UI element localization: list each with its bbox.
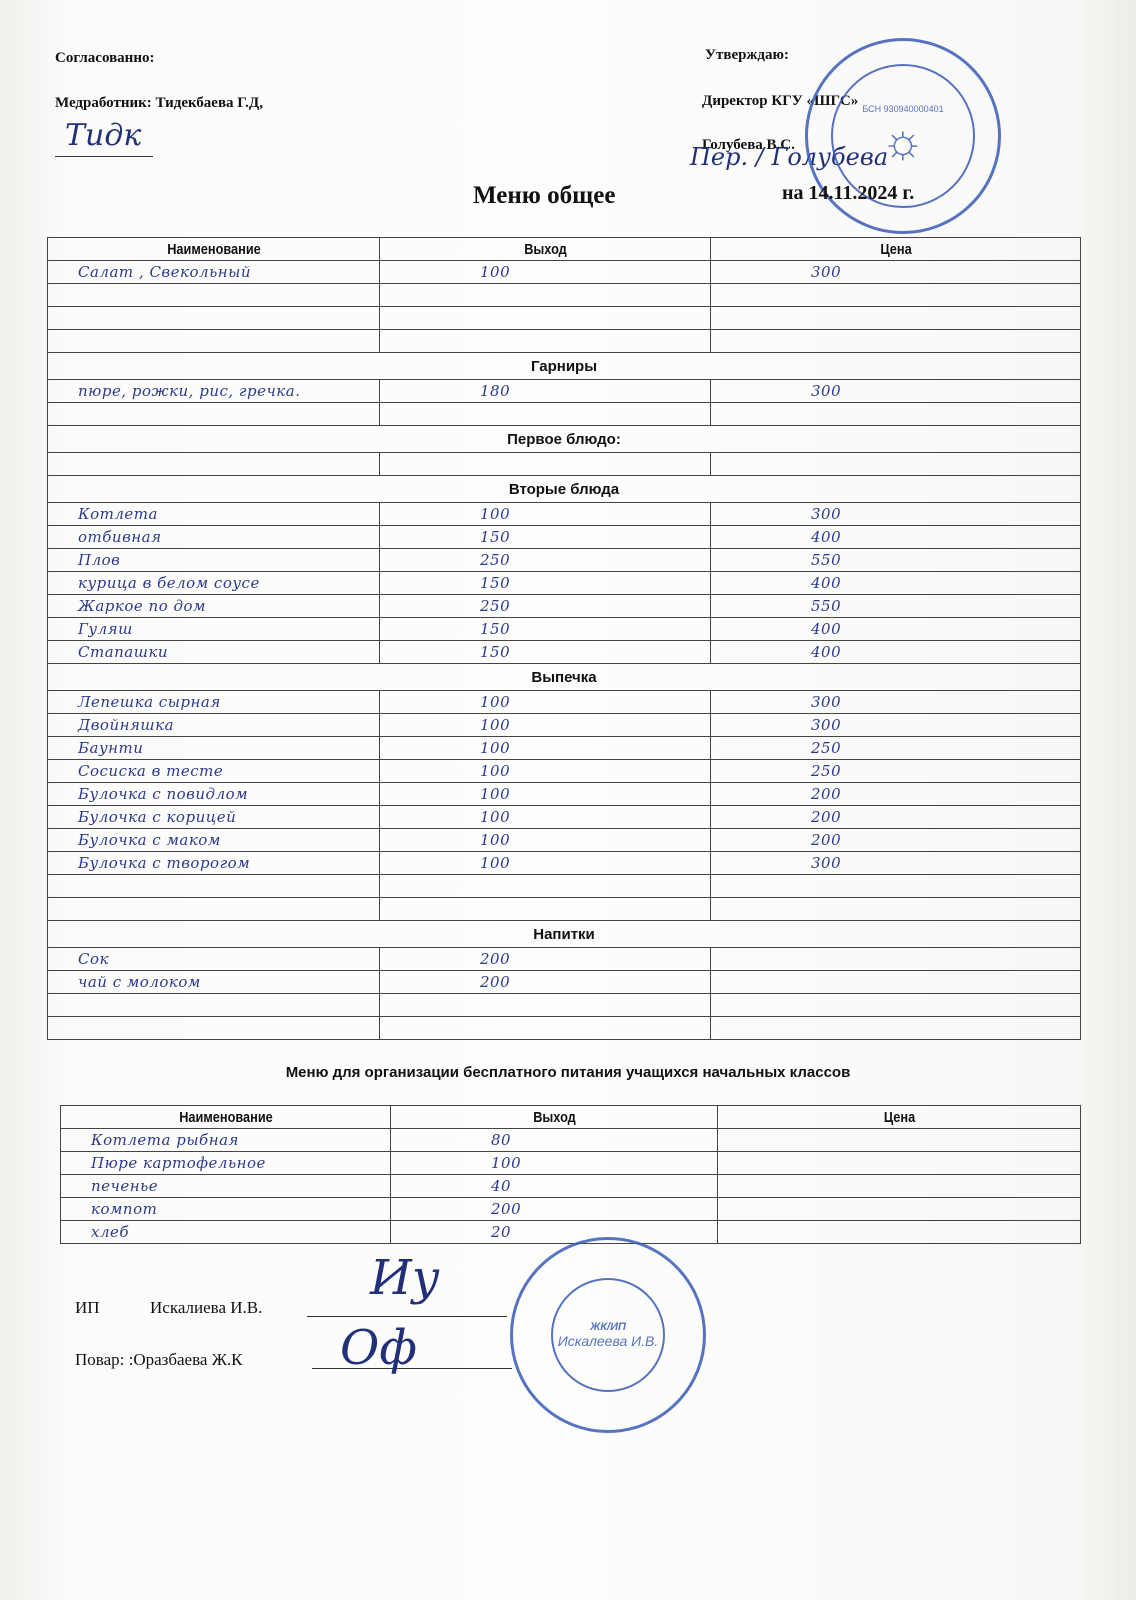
ip-signature-line bbox=[307, 1316, 507, 1317]
cell-yield: 100 bbox=[380, 714, 711, 737]
cell-name: Плов bbox=[48, 549, 380, 572]
table-row bbox=[48, 1017, 1081, 1040]
cell-name: Булочка с корицей bbox=[48, 806, 380, 829]
cell-name: Лепешка сырная bbox=[48, 691, 380, 714]
cell-price bbox=[718, 1198, 1081, 1221]
cell-name bbox=[48, 330, 380, 353]
cell-name: Булочка с творогом bbox=[48, 852, 380, 875]
cell-name: Булочка с маком bbox=[48, 829, 380, 852]
cell-yield bbox=[380, 307, 711, 330]
cell-price: 300 bbox=[711, 503, 1081, 526]
column-header-price: Цена bbox=[738, 238, 1053, 261]
cell-price: 400 bbox=[711, 526, 1081, 549]
table-row: отбивная150400 bbox=[48, 526, 1081, 549]
cell-yield bbox=[380, 284, 711, 307]
cell-yield bbox=[380, 330, 711, 353]
cell-price: 300 bbox=[711, 380, 1081, 403]
cell-yield: 100 bbox=[380, 261, 711, 284]
cell-yield: 250 bbox=[380, 595, 711, 618]
cell-yield: 150 bbox=[380, 572, 711, 595]
table-row bbox=[48, 453, 1081, 476]
stamp-bin: БСН 930940000401 bbox=[862, 104, 943, 114]
cell-name: Котлета bbox=[48, 503, 380, 526]
table-row: Салат , Свекольный100300 bbox=[48, 261, 1081, 284]
cell-price bbox=[718, 1175, 1081, 1198]
table-row: Булочка с творогом100300 bbox=[48, 852, 1081, 875]
cell-yield: 100 bbox=[380, 760, 711, 783]
section-header-row: Вторые блюда bbox=[48, 476, 1081, 503]
table-row bbox=[48, 994, 1081, 1017]
table-row: Плов250550 bbox=[48, 549, 1081, 572]
cell-price bbox=[711, 1017, 1081, 1040]
cell-yield bbox=[380, 403, 711, 426]
table-row: Гуляш150400 bbox=[48, 618, 1081, 641]
cell-name bbox=[48, 403, 380, 426]
ip-signature: Иу bbox=[370, 1250, 440, 1306]
table-row bbox=[48, 898, 1081, 921]
cell-yield: 100 bbox=[380, 691, 711, 714]
cell-name: Салат , Свекольный bbox=[48, 261, 380, 284]
cell-price bbox=[711, 307, 1081, 330]
cell-yield: 200 bbox=[380, 971, 711, 994]
cell-yield: 40 bbox=[391, 1175, 718, 1198]
cell-price bbox=[711, 453, 1081, 476]
cell-yield: 150 bbox=[380, 641, 711, 664]
column-header-name: Наименование bbox=[72, 238, 354, 261]
cell-yield: 100 bbox=[380, 783, 711, 806]
cell-name: Двойняшка bbox=[48, 714, 380, 737]
emblem-icon: ☼ bbox=[881, 114, 925, 169]
section-title: Вторые блюда bbox=[48, 476, 1081, 503]
table-row: компот200 bbox=[61, 1198, 1081, 1221]
cell-price: 400 bbox=[711, 572, 1081, 595]
table-row: Котлета рыбная80 bbox=[61, 1129, 1081, 1152]
table-row: Жаркое по дом250550 bbox=[48, 595, 1081, 618]
cell-yield bbox=[380, 994, 711, 1017]
ip-name: Искалиева И.В. bbox=[150, 1298, 262, 1318]
cell-price bbox=[718, 1129, 1081, 1152]
cell-yield: 100 bbox=[391, 1152, 718, 1175]
cell-yield: 100 bbox=[380, 829, 711, 852]
column-header-yield: Выход bbox=[404, 238, 685, 261]
medic-label: Медработник: Тидекбаева Г.Д, bbox=[55, 95, 263, 112]
cell-name: хлеб bbox=[61, 1221, 391, 1244]
cell-name: отбивная bbox=[48, 526, 380, 549]
cell-price bbox=[711, 330, 1081, 353]
approved-label: Согласованно: bbox=[55, 50, 154, 67]
cell-yield: 100 bbox=[380, 806, 711, 829]
cell-yield: 150 bbox=[380, 618, 711, 641]
cell-price: 300 bbox=[711, 691, 1081, 714]
table-row: Котлета100300 bbox=[48, 503, 1081, 526]
cell-name: Сок bbox=[48, 948, 380, 971]
cell-price bbox=[711, 898, 1081, 921]
section-title: Выпечка bbox=[48, 664, 1081, 691]
cell-price: 400 bbox=[711, 641, 1081, 664]
medic-signature: Тидк bbox=[65, 118, 141, 153]
column-header-yield: Выход bbox=[415, 1106, 693, 1129]
page-title: Меню общее bbox=[473, 182, 615, 210]
cell-yield bbox=[380, 898, 711, 921]
cell-name bbox=[48, 307, 380, 330]
cell-name: Гуляш bbox=[48, 618, 380, 641]
cook-signature: Оф bbox=[340, 1320, 417, 1376]
cell-name: Сосиска в тесте bbox=[48, 760, 380, 783]
section-title: Напитки bbox=[48, 921, 1081, 948]
document-page: Согласованно: Медработник: Тидекбаева Г.… bbox=[0, 0, 1136, 1600]
cell-name: чай с молоком bbox=[48, 971, 380, 994]
cell-price bbox=[711, 994, 1081, 1017]
table-row: Баунти100250 bbox=[48, 737, 1081, 760]
cell-yield: 100 bbox=[380, 503, 711, 526]
table-row: курица в белом соусе150400 bbox=[48, 572, 1081, 595]
column-header-name: Наименование bbox=[85, 1106, 366, 1129]
table-row: Булочка с повидлом100200 bbox=[48, 783, 1081, 806]
table-row bbox=[48, 284, 1081, 307]
menu-date: на 14.11.2024 г. bbox=[782, 182, 914, 205]
cell-price: 300 bbox=[711, 261, 1081, 284]
stamp-ip-label: ЖК/ИП bbox=[590, 1321, 626, 1333]
cell-price: 550 bbox=[711, 595, 1081, 618]
table-row: Пюре картофельное100 bbox=[61, 1152, 1081, 1175]
cell-yield bbox=[380, 1017, 711, 1040]
cell-name bbox=[48, 453, 380, 476]
cell-yield: 80 bbox=[391, 1129, 718, 1152]
cell-yield: 100 bbox=[380, 737, 711, 760]
cell-price: 250 bbox=[711, 760, 1081, 783]
table-row: хлеб20 bbox=[61, 1221, 1081, 1244]
table-row bbox=[48, 875, 1081, 898]
cell-name: Жаркое по дом bbox=[48, 595, 380, 618]
cell-price: 300 bbox=[711, 852, 1081, 875]
cell-name: Пюре картофельное bbox=[61, 1152, 391, 1175]
cell-name: печенье bbox=[61, 1175, 391, 1198]
cell-price bbox=[711, 284, 1081, 307]
cook-label: Повар: :Оразбаева Ж.К bbox=[75, 1350, 243, 1370]
table-row: Стапашки150400 bbox=[48, 641, 1081, 664]
section-title: Первое блюдо: bbox=[48, 426, 1081, 453]
confirm-label: Утверждаю: bbox=[705, 47, 789, 64]
cell-yield: 150 bbox=[380, 526, 711, 549]
cell-name bbox=[48, 1017, 380, 1040]
cell-yield: 200 bbox=[391, 1198, 718, 1221]
cell-yield: 100 bbox=[380, 852, 711, 875]
free-meal-title: Меню для организации бесплатного питания… bbox=[0, 1064, 1136, 1081]
cell-name bbox=[48, 284, 380, 307]
table-row: Сок200 bbox=[48, 948, 1081, 971]
cell-price: 550 bbox=[711, 549, 1081, 572]
cell-price bbox=[711, 875, 1081, 898]
free-meal-table: Наименование Выход Цена Котлета рыбная80… bbox=[60, 1105, 1081, 1244]
table-row: чай с молоком200 bbox=[48, 971, 1081, 994]
table-row: Булочка с маком100200 bbox=[48, 829, 1081, 852]
cell-name bbox=[48, 994, 380, 1017]
cell-price: 300 bbox=[711, 714, 1081, 737]
cell-yield bbox=[380, 875, 711, 898]
cell-price bbox=[711, 403, 1081, 426]
medic-signature-line bbox=[55, 156, 153, 157]
cell-price: 400 bbox=[711, 618, 1081, 641]
cell-yield: 200 bbox=[380, 948, 711, 971]
cell-yield bbox=[380, 453, 711, 476]
stamp-ip-name: Искалеева И.В. bbox=[558, 1333, 659, 1349]
table-row: печенье40 bbox=[61, 1175, 1081, 1198]
cell-price bbox=[711, 948, 1081, 971]
section-header-row: Напитки bbox=[48, 921, 1081, 948]
ip-label: ИП bbox=[75, 1298, 100, 1318]
table-row bbox=[48, 330, 1081, 353]
table-row: Лепешка сырная100300 bbox=[48, 691, 1081, 714]
table-row: Булочка с корицей100200 bbox=[48, 806, 1081, 829]
cell-price bbox=[718, 1221, 1081, 1244]
cell-name: Стапашки bbox=[48, 641, 380, 664]
cell-name: пюре, рожки, рис, гречка. bbox=[48, 380, 380, 403]
ip-stamp: ЖК/ИП Искалеева И.В. bbox=[510, 1237, 706, 1433]
table-row bbox=[48, 403, 1081, 426]
cell-price: 200 bbox=[711, 806, 1081, 829]
cell-price bbox=[711, 971, 1081, 994]
cell-price: 200 bbox=[711, 783, 1081, 806]
cell-price bbox=[718, 1152, 1081, 1175]
cell-name: Баунти bbox=[48, 737, 380, 760]
cell-yield: 250 bbox=[380, 549, 711, 572]
cell-name: Котлета рыбная bbox=[61, 1129, 391, 1152]
cell-name: курица в белом соусе bbox=[48, 572, 380, 595]
section-header-row: Гарниры bbox=[48, 353, 1081, 380]
table-row: пюре, рожки, рис, гречка.180300 bbox=[48, 380, 1081, 403]
column-header-price: Цена bbox=[745, 1106, 1054, 1129]
cell-price: 250 bbox=[711, 737, 1081, 760]
cell-name: компот bbox=[61, 1198, 391, 1221]
cell-price: 200 bbox=[711, 829, 1081, 852]
general-menu-table: Наименование Выход Цена Салат , Свекольн… bbox=[47, 237, 1081, 1040]
cell-name bbox=[48, 875, 380, 898]
section-title: Гарниры bbox=[48, 353, 1081, 380]
table-row bbox=[48, 307, 1081, 330]
cell-name bbox=[48, 898, 380, 921]
table-row: Сосиска в тесте100250 bbox=[48, 760, 1081, 783]
section-header-row: Выпечка bbox=[48, 664, 1081, 691]
cell-yield: 180 bbox=[380, 380, 711, 403]
cell-yield: 20 bbox=[391, 1221, 718, 1244]
section-header-row: Первое блюдо: bbox=[48, 426, 1081, 453]
table-row: Двойняшка100300 bbox=[48, 714, 1081, 737]
cell-name: Булочка с повидлом bbox=[48, 783, 380, 806]
